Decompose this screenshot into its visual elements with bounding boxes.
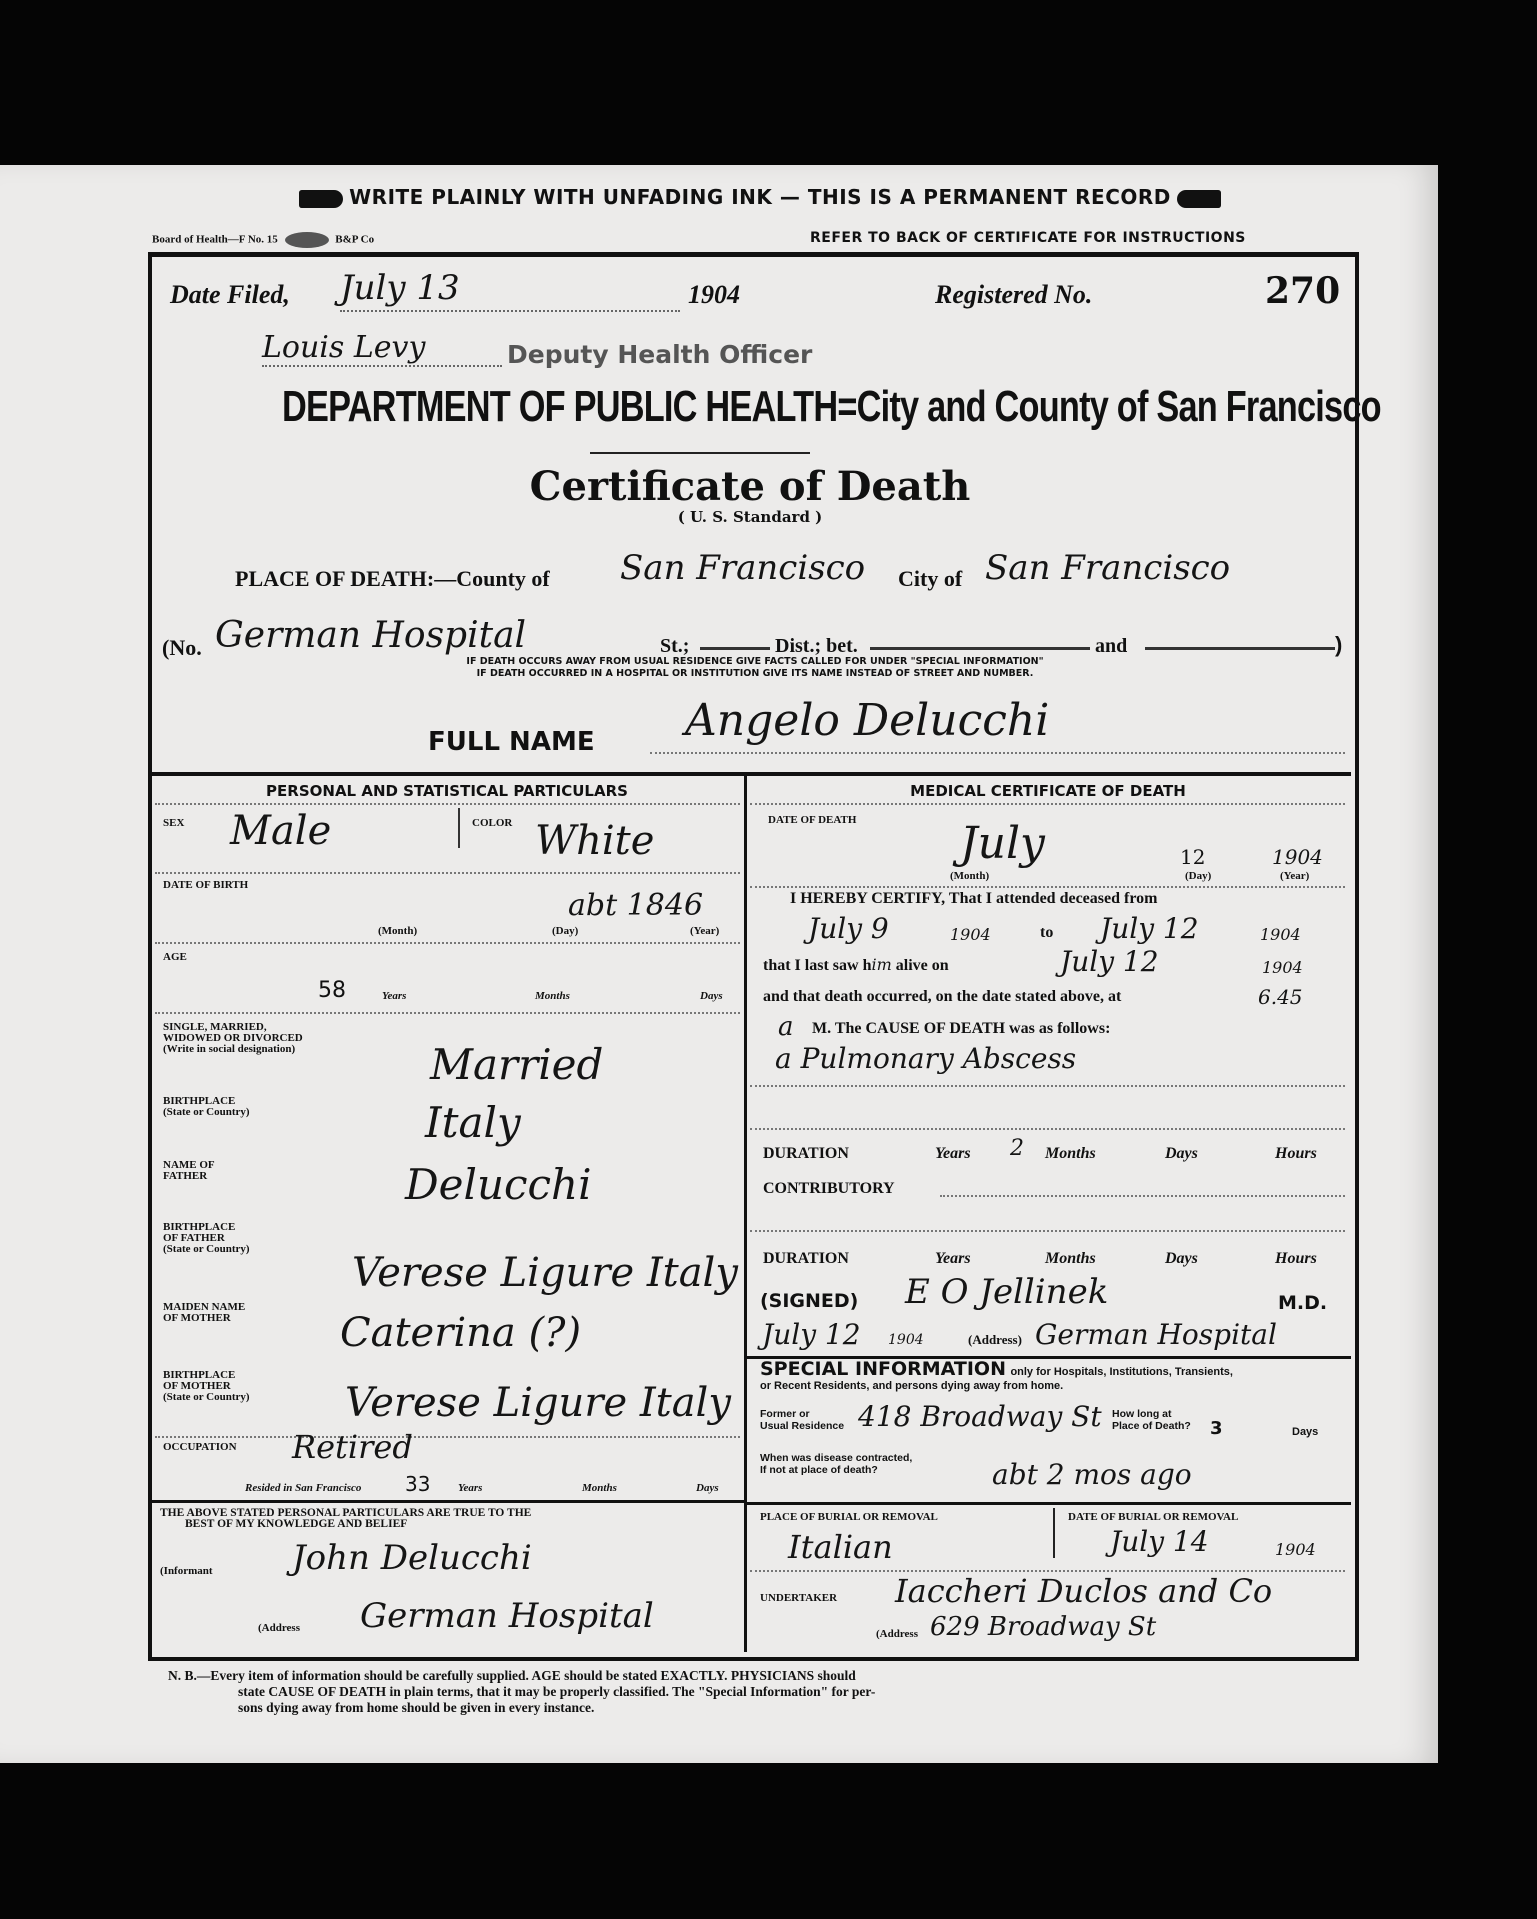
date-of-death-day: 12 — [1180, 845, 1205, 869]
color-label: COLOR — [472, 818, 512, 829]
street-blank — [700, 647, 770, 650]
signed-label: (SIGNED) — [760, 1290, 858, 1312]
mother-birthplace-label: BIRTHPLACEOF MOTHER(State or Country) — [163, 1370, 250, 1403]
duration-label-2: DURATION — [763, 1250, 849, 1268]
color-value: White — [535, 818, 654, 864]
officer-title: Deputy Health Officer — [507, 340, 812, 369]
how-long-value: 3 — [1210, 1418, 1223, 1439]
footer-note: N. B.—Every item of information should b… — [168, 1668, 1268, 1716]
informant-label: (Informant — [160, 1565, 213, 1577]
duration-days-label: Days — [1165, 1145, 1198, 1163]
date-filed-year: 1904 — [688, 280, 740, 310]
death-time-value: 6.45 — [1258, 985, 1303, 1009]
duration-label: DURATION — [763, 1145, 849, 1163]
dob-value: abt 1846 — [568, 888, 703, 923]
occurred-label: and that death occurred, on the date sta… — [763, 988, 1121, 1006]
printer-mark: B&P Co — [335, 234, 374, 246]
ink-banner: WRITE PLAINLY WITH UNFADING INK — THIS I… — [210, 185, 1310, 209]
registered-number: 270 — [1265, 270, 1340, 312]
standard-subtitle: ( U. S. Standard ) — [150, 508, 1350, 526]
place-note-hospital: IF DEATH OCCURRED IN A HOSPITAL OR INSTI… — [300, 668, 1210, 680]
certify-statement: I HEREBY CERTIFY, That I attended deceas… — [790, 890, 1157, 908]
place-note-residence: IF DEATH OCCURS AWAY FROM USUAL RESIDENC… — [300, 656, 1210, 668]
county-value: San Francisco — [620, 548, 865, 588]
date-of-death-label: DATE OF DEATH — [768, 815, 856, 826]
resided-years-label: Years — [458, 1482, 482, 1494]
undertaker-address-label: (Address — [876, 1628, 918, 1640]
title-rule — [590, 452, 810, 454]
burial-date-label: DATE of BURIAL or REMOVAL — [1068, 1512, 1238, 1523]
occupation-label: OCCUPATION — [163, 1442, 237, 1453]
signed-year: 1904 — [888, 1332, 924, 1348]
burial-date-value: July 14 — [1110, 1525, 1209, 1558]
md-label: M.D. — [1278, 1292, 1327, 1314]
birthplace-value: Italy — [425, 1098, 521, 1147]
footer-note-line-2: state CAUSE OF DEATH in plain terms, tha… — [168, 1684, 1268, 1700]
full-name-underline — [650, 752, 1345, 754]
last-saw-year: 1904 — [1262, 958, 1303, 977]
duration-hours-label: Hours — [1275, 1145, 1317, 1163]
resided-months-label: Months — [582, 1482, 617, 1494]
special-info-heading: SPECIAL INFORMATION — [760, 1358, 1006, 1380]
burial-year-value: 1904 — [1275, 1540, 1316, 1559]
residence-label: Former orUsual Residence — [760, 1408, 844, 1432]
sex-value: Male — [230, 808, 331, 854]
to-label: to — [1040, 924, 1053, 942]
mother-name-label: MAIDEN NAMEOF MOTHER — [163, 1302, 245, 1324]
close-paren: ) — [1335, 632, 1342, 658]
medical-heading: MEDICAL CERTIFICATE OF DEATH — [748, 782, 1348, 800]
refer-instructions: REFER TO BACK OF CERTIFICATE FOR INSTRUC… — [810, 230, 1246, 246]
column-divider — [744, 772, 747, 1652]
informant-value: John Delucchi — [292, 1538, 532, 1578]
row-rule — [750, 803, 1345, 805]
signed-date: July 12 — [762, 1318, 861, 1351]
contracted-value: abt 2 mos ago — [992, 1458, 1192, 1491]
duration-2-years-label: Years — [935, 1250, 971, 1268]
how-long-label: How long atPlace of Death? — [1112, 1408, 1191, 1432]
row-rule — [155, 1436, 740, 1438]
registered-label: Registered No. — [935, 280, 1092, 310]
row-rule — [155, 803, 740, 805]
resided-days-label: Days — [696, 1482, 719, 1494]
last-saw-date: July 12 — [1060, 945, 1159, 978]
duration-2-months-label: Months — [1045, 1250, 1096, 1268]
pointing-hand-icon — [1177, 190, 1221, 208]
date-of-death-year: 1904 — [1272, 845, 1323, 869]
burial-place-label: PLACE OF BURIAL OR REMOVAL — [760, 1512, 938, 1523]
am-pm-value: a — [778, 1012, 794, 1042]
date-of-death-month: July — [960, 818, 1045, 869]
place-notes: IF DEATH OCCURS AWAY FROM USUAL RESIDENC… — [300, 656, 1210, 680]
certificate-title: Certificate of Death — [150, 463, 1350, 510]
attestation-text: THE ABOVE STATED PERSONAL PARTICULARS AR… — [160, 1508, 531, 1530]
physician-signature: E O Jellinek — [905, 1272, 1108, 1312]
age-years-label: Years — [382, 990, 406, 1002]
undertaker-value: Iaccheri Duclos and Co — [895, 1572, 1272, 1610]
birthplace-label: BIRTHPLACE(State or Country) — [163, 1096, 250, 1118]
place-of-death-label: PLACE OF DEATH:—County of — [235, 566, 550, 592]
row-rule — [750, 886, 1345, 888]
street-label: St.; — [660, 635, 689, 658]
row-rule — [750, 1128, 1345, 1130]
attended-from-value: July 9 — [808, 912, 889, 945]
special-info-note: only for Hospitals, Institutions, Transi… — [1010, 1366, 1232, 1378]
sex-label: SEX — [163, 818, 184, 829]
dob-label: DATE OF BIRTH — [163, 880, 248, 891]
age-days-label: Days — [700, 990, 723, 1002]
section-rule — [747, 1502, 1351, 1505]
footer-note-line-1: N. B.—Every item of information should b… — [168, 1668, 1268, 1684]
personal-heading: PERSONAL AND STATISTICAL PARTICULARS — [152, 782, 742, 800]
undertaker-label: UNDERTAKER — [760, 1593, 837, 1604]
row-rule — [750, 1085, 1345, 1087]
marital-label: SINGLE, MARRIED,WIDOWED OR DIVORCED(Writ… — [163, 1022, 303, 1055]
residence-value: 418 Broadway St — [858, 1400, 1102, 1433]
row-rule — [750, 1230, 1345, 1232]
dod-year-label: (Year) — [1280, 870, 1309, 882]
city-value: San Francisco — [985, 548, 1230, 588]
section-divider — [152, 772, 1351, 776]
burial-place-value: Italian — [788, 1528, 893, 1566]
resided-years-value: 33 — [405, 1472, 430, 1496]
duration-years-label: Years — [935, 1145, 971, 1163]
footer-note-line-3: sons dying away from home should be give… — [168, 1700, 1268, 1716]
dob-year-label: (Year) — [690, 925, 719, 937]
duration-2-hours-label: Hours — [1275, 1250, 1317, 1268]
row-rule — [155, 1012, 740, 1014]
pointing-hand-icon — [299, 190, 343, 208]
date-filed-label: Date Filed, — [170, 280, 290, 310]
father-name-value: Delucchi — [405, 1160, 592, 1209]
department-title: DEPARTMENT OF PUBLIC HEALTH=City and Cou… — [282, 382, 1218, 432]
attended-from-year: 1904 — [950, 925, 991, 944]
full-name-value: Angelo Delucchi — [685, 695, 1049, 746]
street-number-label: (No. — [162, 635, 202, 661]
undertaker-address-value: 629 Broadway St — [930, 1612, 1156, 1642]
last-saw-label: that I last saw him alive on — [763, 955, 949, 975]
age-months-label: Months — [535, 990, 570, 1002]
full-name-label: FULL NAME — [428, 727, 595, 757]
father-birthplace-value: Verese Ligure Italy — [352, 1250, 738, 1296]
sex-color-divider — [458, 808, 460, 848]
father-name-label: NAME OFFATHER — [163, 1160, 215, 1182]
officer-signature: Louis Levy — [262, 330, 502, 367]
duration-2-days-label: Days — [1165, 1250, 1198, 1268]
cause-of-death-value: a Pulmonary Abscess — [775, 1042, 1076, 1075]
board-form-number: Board of Health—F No. 15 — [152, 234, 278, 246]
and-label: and — [1095, 635, 1127, 658]
father-birthplace-label: BIRTHPLACEOF FATHER(State or Country) — [163, 1222, 250, 1255]
how-long-days-label: Days — [1292, 1426, 1318, 1438]
date-filed-value: July 13 — [340, 268, 680, 312]
contracted-label: When was disease contracted,If not at pl… — [760, 1452, 912, 1476]
cause-label: M. The CAUSE OF DEATH was as follows: — [812, 1020, 1110, 1038]
attended-to-value: July 12 — [1100, 912, 1199, 945]
duration-months-value: 2 — [1010, 1136, 1024, 1161]
informant-address-value: German Hospital — [360, 1596, 654, 1636]
mother-name-value: Caterina (?) — [340, 1310, 581, 1356]
burial-divider — [1053, 1508, 1055, 1558]
duration-months-label: Months — [1045, 1145, 1096, 1163]
banner-text: WRITE PLAINLY WITH UNFADING INK — THIS I… — [349, 185, 1171, 209]
age-label: AGE — [163, 952, 187, 963]
physician-address-value: German Hospital — [1035, 1318, 1277, 1351]
row-rule — [155, 872, 740, 874]
dod-month-label: (Month) — [950, 870, 989, 882]
resided-label: Resided in San Francisco — [245, 1482, 361, 1494]
dob-day-label: (Day) — [552, 925, 578, 937]
attended-to-year: 1904 — [1260, 925, 1301, 944]
occupation-value: Retired — [292, 1428, 413, 1466]
district-blank — [870, 647, 1090, 650]
board-form-line: Board of Health—F No. 15 B&P Co — [152, 232, 374, 248]
marital-value: Married — [430, 1040, 603, 1089]
special-info-note-2: or Recent Residents, and persons dying a… — [760, 1379, 1345, 1393]
contributory-label: CONTRIBUTORY — [763, 1180, 895, 1198]
contributory-blank — [940, 1195, 1345, 1197]
dod-day-label: (Day) — [1185, 870, 1211, 882]
and-blank — [1145, 647, 1335, 650]
mother-birthplace-value: Verese Ligure Italy — [345, 1380, 731, 1426]
section-rule — [152, 1500, 744, 1503]
dob-month-label: (Month) — [378, 925, 417, 937]
physician-address-label: (Address) — [968, 1332, 1022, 1348]
city-label: City of — [898, 566, 962, 592]
row-rule — [155, 942, 740, 944]
age-years-value: 58 — [318, 978, 346, 1003]
seal-icon — [285, 232, 329, 248]
institution-value: German Hospital — [215, 615, 526, 656]
informant-address-label: (Address — [258, 1622, 300, 1634]
special-info-header: SPECIAL INFORMATION only for Hospitals, … — [760, 1362, 1345, 1393]
district-label: Dist.; bet. — [775, 635, 858, 658]
